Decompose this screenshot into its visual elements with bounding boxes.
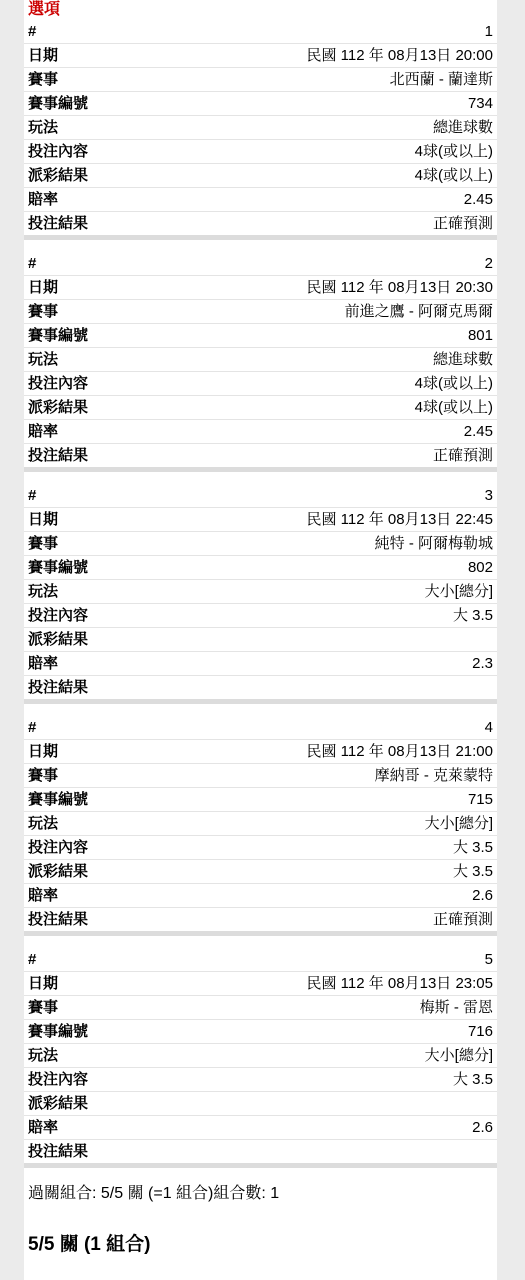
- selection-row-payout: 派彩結果: [24, 628, 497, 652]
- selection-row-num: #3: [24, 484, 497, 508]
- selection-row-event_no: 賽事編號716: [24, 1020, 497, 1044]
- row-label: 投注內容: [28, 1068, 88, 1091]
- row-label: 派彩結果: [28, 1092, 88, 1115]
- row-value: 大 3.5: [453, 836, 493, 859]
- selection-row-event: 賽事梅斯 - 雷恩: [24, 996, 497, 1020]
- selection-row-play: 玩法大小[總分]: [24, 1044, 497, 1068]
- row-label: 玩法: [28, 812, 58, 835]
- row-value: 民國 112 年 08月13日 22:45: [307, 508, 494, 531]
- row-value: 大小[總分]: [425, 812, 493, 835]
- row-value: 1: [485, 20, 493, 43]
- row-value: 4: [485, 716, 493, 739]
- row-value: 摩納哥 - 克萊蒙特: [375, 764, 493, 787]
- row-value: 梅斯 - 雷恩: [420, 996, 493, 1019]
- row-label: 玩法: [28, 348, 58, 371]
- bet-details-page: 選項 #1日期民國 112 年 08月13日 20:00賽事北西蘭 - 蘭達斯賽…: [24, 0, 497, 1280]
- selection-row-payout: 派彩結果4球(或以上): [24, 164, 497, 188]
- row-value: 總進球數: [433, 116, 493, 139]
- row-value: 民國 112 年 08月13日 20:30: [307, 276, 494, 299]
- selection-row-payout: 派彩結果大 3.5: [24, 860, 497, 884]
- row-label: 投注結果: [28, 676, 88, 699]
- row-label: 賽事編號: [28, 324, 88, 347]
- row-label: #: [28, 716, 36, 739]
- row-label: 賽事: [28, 68, 58, 91]
- row-value: 2.45: [464, 188, 493, 211]
- row-label: 派彩結果: [28, 860, 88, 883]
- selection-row-bet: 投注內容4球(或以上): [24, 372, 497, 396]
- row-value: 大小[總分]: [425, 580, 493, 603]
- row-value: 4球(或以上): [415, 164, 493, 187]
- row-value: 正確預測: [433, 444, 493, 467]
- selection-row-payout: 派彩結果4球(或以上): [24, 396, 497, 420]
- row-label: 投注內容: [28, 604, 88, 627]
- row-label: 派彩結果: [28, 628, 88, 651]
- selection-row-num: #2: [24, 252, 497, 276]
- row-value: 正確預測: [433, 908, 493, 931]
- row-value: 2.45: [464, 420, 493, 443]
- row-label: 賠率: [28, 188, 58, 211]
- selection-row-play: 玩法大小[總分]: [24, 580, 497, 604]
- selection-row-odds: 賠率2.45: [24, 188, 497, 212]
- section-divider: [24, 1163, 497, 1168]
- row-value: 前進之鷹 - 阿爾克馬爾: [345, 300, 493, 323]
- row-value: 4球(或以上): [415, 396, 493, 419]
- selection-row-result: 投注結果正確預測: [24, 444, 497, 468]
- row-label: 投注內容: [28, 140, 88, 163]
- row-label: 賠率: [28, 420, 58, 443]
- section-divider: [24, 699, 497, 704]
- selection-row-play: 玩法大小[總分]: [24, 812, 497, 836]
- row-label: 賽事編號: [28, 1020, 88, 1043]
- row-value: 民國 112 年 08月13日 20:00: [307, 44, 494, 67]
- row-value: 4球(或以上): [415, 372, 493, 395]
- selection-row-date: 日期民國 112 年 08月13日 23:05: [24, 972, 497, 996]
- selection-row-result: 投注結果: [24, 676, 497, 700]
- row-label: 賠率: [28, 884, 58, 907]
- row-label: 派彩結果: [28, 396, 88, 419]
- row-label: 玩法: [28, 1044, 58, 1067]
- row-label: 日期: [28, 508, 58, 531]
- selection-card: #5日期民國 112 年 08月13日 23:05賽事梅斯 - 雷恩賽事編號71…: [24, 948, 497, 1168]
- row-label: 投注內容: [28, 836, 88, 859]
- selection-row-result: 投注結果: [24, 1140, 497, 1164]
- row-value: 純特 - 阿爾梅勒城: [375, 532, 493, 555]
- row-label: 日期: [28, 44, 58, 67]
- section-divider: [24, 235, 497, 240]
- selection-row-bet: 投注內容大 3.5: [24, 1068, 497, 1092]
- selection-row-num: #1: [24, 20, 497, 44]
- selection-row-event_no: 賽事編號801: [24, 324, 497, 348]
- row-label: 派彩結果: [28, 164, 88, 187]
- row-value: 715: [468, 788, 493, 811]
- row-label: 投注結果: [28, 1140, 88, 1163]
- row-label: #: [28, 484, 36, 507]
- row-label: #: [28, 948, 36, 971]
- combo-heading: 5/5 關 (1 組合): [24, 1234, 497, 1256]
- row-label: 日期: [28, 740, 58, 763]
- selection-row-result: 投注結果正確預測: [24, 212, 497, 236]
- row-label: 賽事編號: [28, 92, 88, 115]
- selection-row-odds: 賠率2.45: [24, 420, 497, 444]
- row-label: 投注結果: [28, 908, 88, 931]
- selection-row-event_no: 賽事編號802: [24, 556, 497, 580]
- selection-row-payout: 派彩結果: [24, 1092, 497, 1116]
- combo-summary: 過關組合: 5/5 關 (=1 組合)組合數: 1: [24, 1184, 497, 1204]
- selection-row-bet: 投注內容大 3.5: [24, 604, 497, 628]
- row-label: 賽事編號: [28, 788, 88, 811]
- row-value: 2.6: [472, 1116, 493, 1139]
- row-label: 日期: [28, 276, 58, 299]
- selection-card: #1日期民國 112 年 08月13日 20:00賽事北西蘭 - 蘭達斯賽事編號…: [24, 20, 497, 240]
- page-title: 選項: [24, 0, 497, 20]
- selection-row-play: 玩法總進球數: [24, 348, 497, 372]
- row-value: 3: [485, 484, 493, 507]
- selection-row-bet: 投注內容大 3.5: [24, 836, 497, 860]
- row-value: 2.3: [472, 652, 493, 675]
- selection-row-odds: 賠率2.3: [24, 652, 497, 676]
- row-value: 802: [468, 556, 493, 579]
- row-label: #: [28, 252, 36, 275]
- selection-row-event_no: 賽事編號734: [24, 92, 497, 116]
- selections-list: #1日期民國 112 年 08月13日 20:00賽事北西蘭 - 蘭達斯賽事編號…: [24, 20, 497, 1168]
- selection-row-event: 賽事前進之鷹 - 阿爾克馬爾: [24, 300, 497, 324]
- row-label: 投注結果: [28, 444, 88, 467]
- row-label: 賽事: [28, 764, 58, 787]
- row-value: 民國 112 年 08月13日 21:00: [307, 740, 494, 763]
- selection-card: #2日期民國 112 年 08月13日 20:30賽事前進之鷹 - 阿爾克馬爾賽…: [24, 252, 497, 472]
- selection-row-num: #5: [24, 948, 497, 972]
- row-value: 716: [468, 1020, 493, 1043]
- selection-row-event: 賽事摩納哥 - 克萊蒙特: [24, 764, 497, 788]
- selection-row-odds: 賠率2.6: [24, 1116, 497, 1140]
- row-value: 北西蘭 - 蘭達斯: [390, 68, 493, 91]
- row-label: 賠率: [28, 1116, 58, 1139]
- selection-card: #3日期民國 112 年 08月13日 22:45賽事純特 - 阿爾梅勒城賽事編…: [24, 484, 497, 704]
- row-label: 賽事編號: [28, 556, 88, 579]
- row-label: 投注結果: [28, 212, 88, 235]
- row-value: 大 3.5: [453, 860, 493, 883]
- selection-row-date: 日期民國 112 年 08月13日 21:00: [24, 740, 497, 764]
- row-label: #: [28, 20, 36, 43]
- row-label: 玩法: [28, 116, 58, 139]
- row-value: 801: [468, 324, 493, 347]
- row-value: 2.6: [472, 884, 493, 907]
- selection-row-bet: 投注內容4球(或以上): [24, 140, 497, 164]
- row-label: 賽事: [28, 532, 58, 555]
- selection-row-num: #4: [24, 716, 497, 740]
- row-label: 玩法: [28, 580, 58, 603]
- row-label: 賠率: [28, 652, 58, 675]
- selection-card: #4日期民國 112 年 08月13日 21:00賽事摩納哥 - 克萊蒙特賽事編…: [24, 716, 497, 936]
- selection-row-date: 日期民國 112 年 08月13日 20:00: [24, 44, 497, 68]
- row-label: 賽事: [28, 996, 58, 1019]
- selection-row-play: 玩法總進球數: [24, 116, 497, 140]
- row-label: 投注內容: [28, 372, 88, 395]
- row-value: 5: [485, 948, 493, 971]
- selection-row-event: 賽事純特 - 阿爾梅勒城: [24, 532, 497, 556]
- row-value: 734: [468, 92, 493, 115]
- viewport: 選項 #1日期民國 112 年 08月13日 20:00賽事北西蘭 - 蘭達斯賽…: [0, 0, 525, 1280]
- row-value: 正確預測: [433, 212, 493, 235]
- selection-row-date: 日期民國 112 年 08月13日 20:30: [24, 276, 497, 300]
- row-value: 4球(或以上): [415, 140, 493, 163]
- row-value: 大 3.5: [453, 1068, 493, 1091]
- row-value: 總進球數: [433, 348, 493, 371]
- section-divider: [24, 467, 497, 472]
- row-label: 日期: [28, 972, 58, 995]
- selection-row-odds: 賠率2.6: [24, 884, 497, 908]
- row-label: 賽事: [28, 300, 58, 323]
- row-value: 大 3.5: [453, 604, 493, 627]
- selection-row-date: 日期民國 112 年 08月13日 22:45: [24, 508, 497, 532]
- selection-row-result: 投注結果正確預測: [24, 908, 497, 932]
- selection-row-event_no: 賽事編號715: [24, 788, 497, 812]
- row-value: 大小[總分]: [425, 1044, 493, 1067]
- section-divider: [24, 931, 497, 936]
- row-value: 民國 112 年 08月13日 23:05: [307, 972, 494, 995]
- selection-row-event: 賽事北西蘭 - 蘭達斯: [24, 68, 497, 92]
- row-value: 2: [485, 252, 493, 275]
